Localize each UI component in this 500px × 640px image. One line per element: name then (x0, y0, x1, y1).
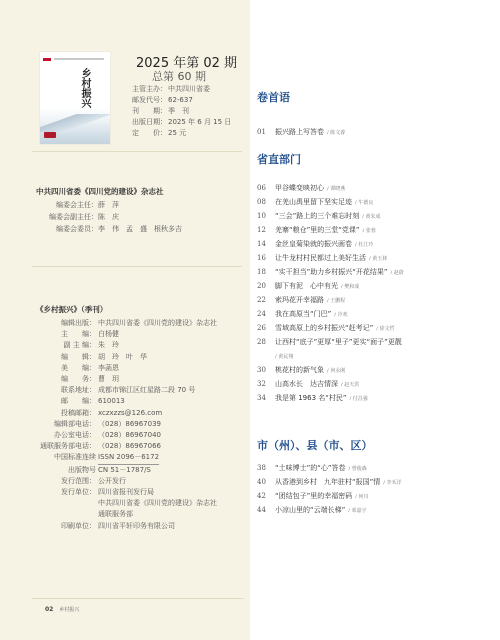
divider (32, 151, 242, 152)
info-row: 副 主 编：朱 玲 (36, 340, 217, 351)
toc-item[interactable]: 40从香港到乡村 九年驻村“报国”情/ 李禾洋 (257, 475, 402, 489)
publication-name: 乡村振兴 (59, 607, 79, 613)
toc-item[interactable]: 14金丝皇菊染就的振兴画卷/ 杜江玲 (257, 237, 404, 251)
page-footer: 02 乡村振兴 (45, 606, 79, 613)
meta-row: 主管主办：中共四川省委 (132, 84, 231, 95)
cover-slogan (54, 58, 104, 60)
meta-row: 邮发代号：62-637 (132, 95, 231, 106)
info-row: 编辑部电话：（028）86967039 (36, 419, 217, 430)
page-number: 02 (45, 606, 53, 613)
info-row: 出版物号CN 51－1787/S (36, 465, 217, 476)
section-title-preface: 卷首语 (257, 89, 290, 105)
magazine-info: 编辑出版：中共四川省委《四川党的建设》杂志社 主 编：白杨健 副 主 编：朱 玲… (36, 318, 217, 532)
board-row: 编委会主任：薛 萍 (36, 199, 182, 211)
toc-item[interactable]: 24我在高原当“门巴”/ 冷欢 (257, 307, 404, 321)
info-row: 编 务：曹 玥 (36, 374, 217, 385)
magazine-title: 《乡村振兴》（季刊） (36, 304, 107, 315)
toc-item[interactable]: 44小凉山里的“云端长梯”/ 邓嘉宇 (257, 503, 402, 517)
toc-item[interactable]: 22索玛花开幸福路/ 王鹏程 (257, 293, 404, 307)
info-row: 投稿邮箱：xczxzzs@126.com (36, 408, 217, 419)
info-row: 主 编：白杨健 (36, 329, 217, 340)
cover-mountain-illustration (40, 114, 110, 132)
editorial-board: 编委会主任：薛 萍 编委会副主任：陈 庆 编委会委员：李 伟 孟 盛 根秋多吉 (36, 199, 182, 235)
toc-list-preface: 01振兴路上写答卷/ 陈文睿 (257, 125, 345, 139)
toc-item[interactable]: 18“实干担当”助力乡村振兴“开花结果”/ 赵蔚 (257, 265, 404, 279)
board-row: 编委会副主任：陈 庆 (36, 211, 182, 223)
board-row: 编委会委员：李 伟 孟 盛 根秋多吉 (36, 223, 182, 235)
submission-email: xczxzzs@126.com (98, 408, 162, 419)
section-title-provincial-departments: 省直部门 (257, 151, 301, 167)
magazine-cover-image: 乡村振兴 (40, 52, 110, 144)
info-row: 编 辑：胡 玲 叶 华 (36, 352, 217, 363)
toc-item[interactable]: 16让牛龙村村民都过上美好生活/ 黄玉林 (257, 251, 404, 265)
meta-row: 刊 期：季 刊 (132, 106, 231, 117)
issue-meta: 主管主办：中共四川省委 邮发代号：62-637 刊 期：季 刊 出版日期：202… (132, 84, 231, 139)
info-row: 邮 编：610013 (36, 396, 217, 407)
info-row: 中共四川省委《四川党的建设》杂志社 (36, 498, 217, 509)
toc-item[interactable]: 38“土味博士”的“心”答卷/ 曾俊森 (257, 461, 402, 475)
info-row: 美 编：李菡恩 (36, 363, 217, 374)
section-title-cities-counties: 市（州）、县（市、区） (257, 437, 373, 453)
issue-total-number: 总第 60 期 (152, 68, 206, 84)
cover-logo-icon (44, 132, 56, 138)
info-row: 办公室电话：（028）86967040 (36, 430, 217, 441)
info-row: 编辑出版：中共四川省委《四川党的建设》杂志社 (36, 318, 217, 329)
cover-title: 乡村振兴 (76, 68, 90, 108)
toc-item[interactable]: 28让西村“底子”更厚“里子”更实“面子”更靓 (257, 335, 404, 349)
toc-item[interactable]: 12羌寨“粮仓”里的三堂“党课”/ 张蓉 (257, 223, 404, 237)
info-row: 发行范围：公开发行 (36, 476, 217, 487)
meta-row: 定 价：25 元 (132, 128, 231, 139)
divider (32, 266, 242, 267)
toc-item[interactable]: 08在羌山禹里留下坚实足迹/ 牛德良 (257, 195, 404, 209)
info-row: 通联服务部电话：（028）86967066 (36, 441, 217, 452)
toc-list-provincial-departments: 06甲谷蝶变映初心/ 谭晓燕 08在羌山禹里留下坚实足迹/ 牛德良 10“三会”… (257, 181, 404, 405)
info-row: 发行单位：四川省报刊发行局 (36, 487, 217, 498)
toc-item[interactable]: 01振兴路上写答卷/ 陈文睿 (257, 125, 345, 139)
info-row: 联系地址：成都市锦江区红星路二段 70 号 (36, 385, 217, 396)
toc-item[interactable]: 06甲谷蝶变映初心/ 谭晓燕 (257, 181, 404, 195)
publisher-title: 中共四川省委《四川党的建设》杂志社 (36, 186, 164, 197)
info-row: 中国标准连续ISSN 2096－6172 (36, 452, 217, 464)
divider (32, 598, 244, 599)
toc-item[interactable]: 10“三会”路上的三个难忘时刻/ 黄朱成 (257, 209, 404, 223)
toc-item-author-continuation: / 黄民翔 (257, 349, 404, 363)
toc-list-cities-counties: 38“土味博士”的“心”答卷/ 曾俊森 40从香港到乡村 九年驻村“报国”情/ … (257, 461, 402, 517)
toc-item[interactable]: 42“团结包子”里的幸福密码/ 何川 (257, 489, 402, 503)
meta-row: 出版日期：2025 年 6 月 15 日 (132, 117, 231, 128)
info-row: 通联服务部 (36, 509, 217, 520)
masthead-panel: 乡村振兴 2025 年第 02 期 总第 60 期 主管主办：中共四川省委 邮发… (0, 0, 250, 640)
toc-item[interactable]: 34我是第 1963 名“村民”/ 付昌强 (257, 391, 404, 405)
info-row: 印刷单位：四川省平轩印务有限公司 (36, 521, 217, 532)
toc-item[interactable]: 20脚下有泥 心中有光/ 樊和成 (257, 279, 404, 293)
toc-item[interactable]: 30桃花村的新气象/ 何永刚 (257, 363, 404, 377)
toc-item[interactable]: 26雪域高原上的乡村振兴“赶考记”/ 徐文哲 (257, 321, 404, 335)
toc-item[interactable]: 32山高水长 达吉情深/ 赵天洪 (257, 377, 404, 391)
cover-red-tag (43, 58, 51, 61)
